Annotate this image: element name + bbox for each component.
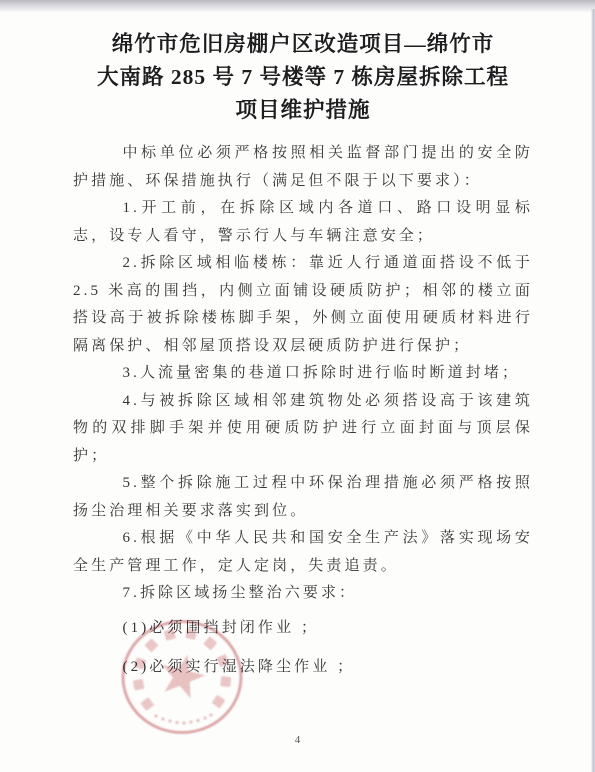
scan-edge-right xyxy=(591,9,595,772)
list-item-5: 5.整个拆除施工过程中环保治理措施必须严格按照扬尘治理相关要求落实到位。 xyxy=(73,470,533,525)
list-item-1: 1.开工前，在拆除区域内各道口、路口设明显标志，设专人看守，警示行人与车辆注意安… xyxy=(73,195,533,250)
page-number: 4 xyxy=(0,734,595,746)
sub-item-2: (2)必须实行湿法降尘作业 ； xyxy=(73,654,533,682)
sub-item-1: (1)必须围挡封闭作业 ； xyxy=(73,615,533,643)
intro-paragraph: 中标单位必须严格按照相关监督部门提出的安全防护措施、环保措施执行（满足但不限于以… xyxy=(73,140,533,195)
document-title-line-2: 大南路 285 号 7 号楼等 7 栋房屋拆除工程 xyxy=(73,61,533,94)
seal-bottom-digits xyxy=(154,713,212,724)
list-item-7: 7.拆除区域扬尘整治六要求： xyxy=(73,580,533,608)
document-title-line-1: 绵竹市危旧房棚户区改造项目—绵竹市 xyxy=(73,28,533,61)
scanned-page: 绵竹市危旧房棚户区改造项目—绵竹市 大南路 285 号 7 号楼等 7 栋房屋拆… xyxy=(0,0,595,772)
list-item-2: 2.拆除区域相临楼栋：靠近人行通道面搭设不低于 2.5 米高的围挡，内侧立面铺设… xyxy=(73,250,533,360)
document-content: 绵竹市危旧房棚户区改造项目—绵竹市 大南路 285 号 7 号楼等 7 栋房屋拆… xyxy=(73,28,533,682)
list-item-4: 4.与被拆除区域相邻建筑物处必须搭设高于该建筑物的双排脚手架并使用硬质防护进行立… xyxy=(73,388,533,471)
document-title-line-3: 项目维护措施 xyxy=(73,94,533,127)
scan-edge-top xyxy=(0,0,595,13)
document-title: 绵竹市危旧房棚户区改造项目—绵竹市 大南路 285 号 7 号楼等 7 栋房屋拆… xyxy=(73,28,533,127)
document-body: 中标单位必须严格按照相关监督部门提出的安全防护措施、环保措施执行（满足但不限于以… xyxy=(73,140,533,682)
list-item-6: 6.根据《中华人民共和国安全生产法》落实现场安全生产管理工作，定人定岗，失责追责… xyxy=(73,525,533,580)
list-item-3: 3.人流量密集的巷道口拆除时进行临时断道封堵； xyxy=(73,360,533,388)
